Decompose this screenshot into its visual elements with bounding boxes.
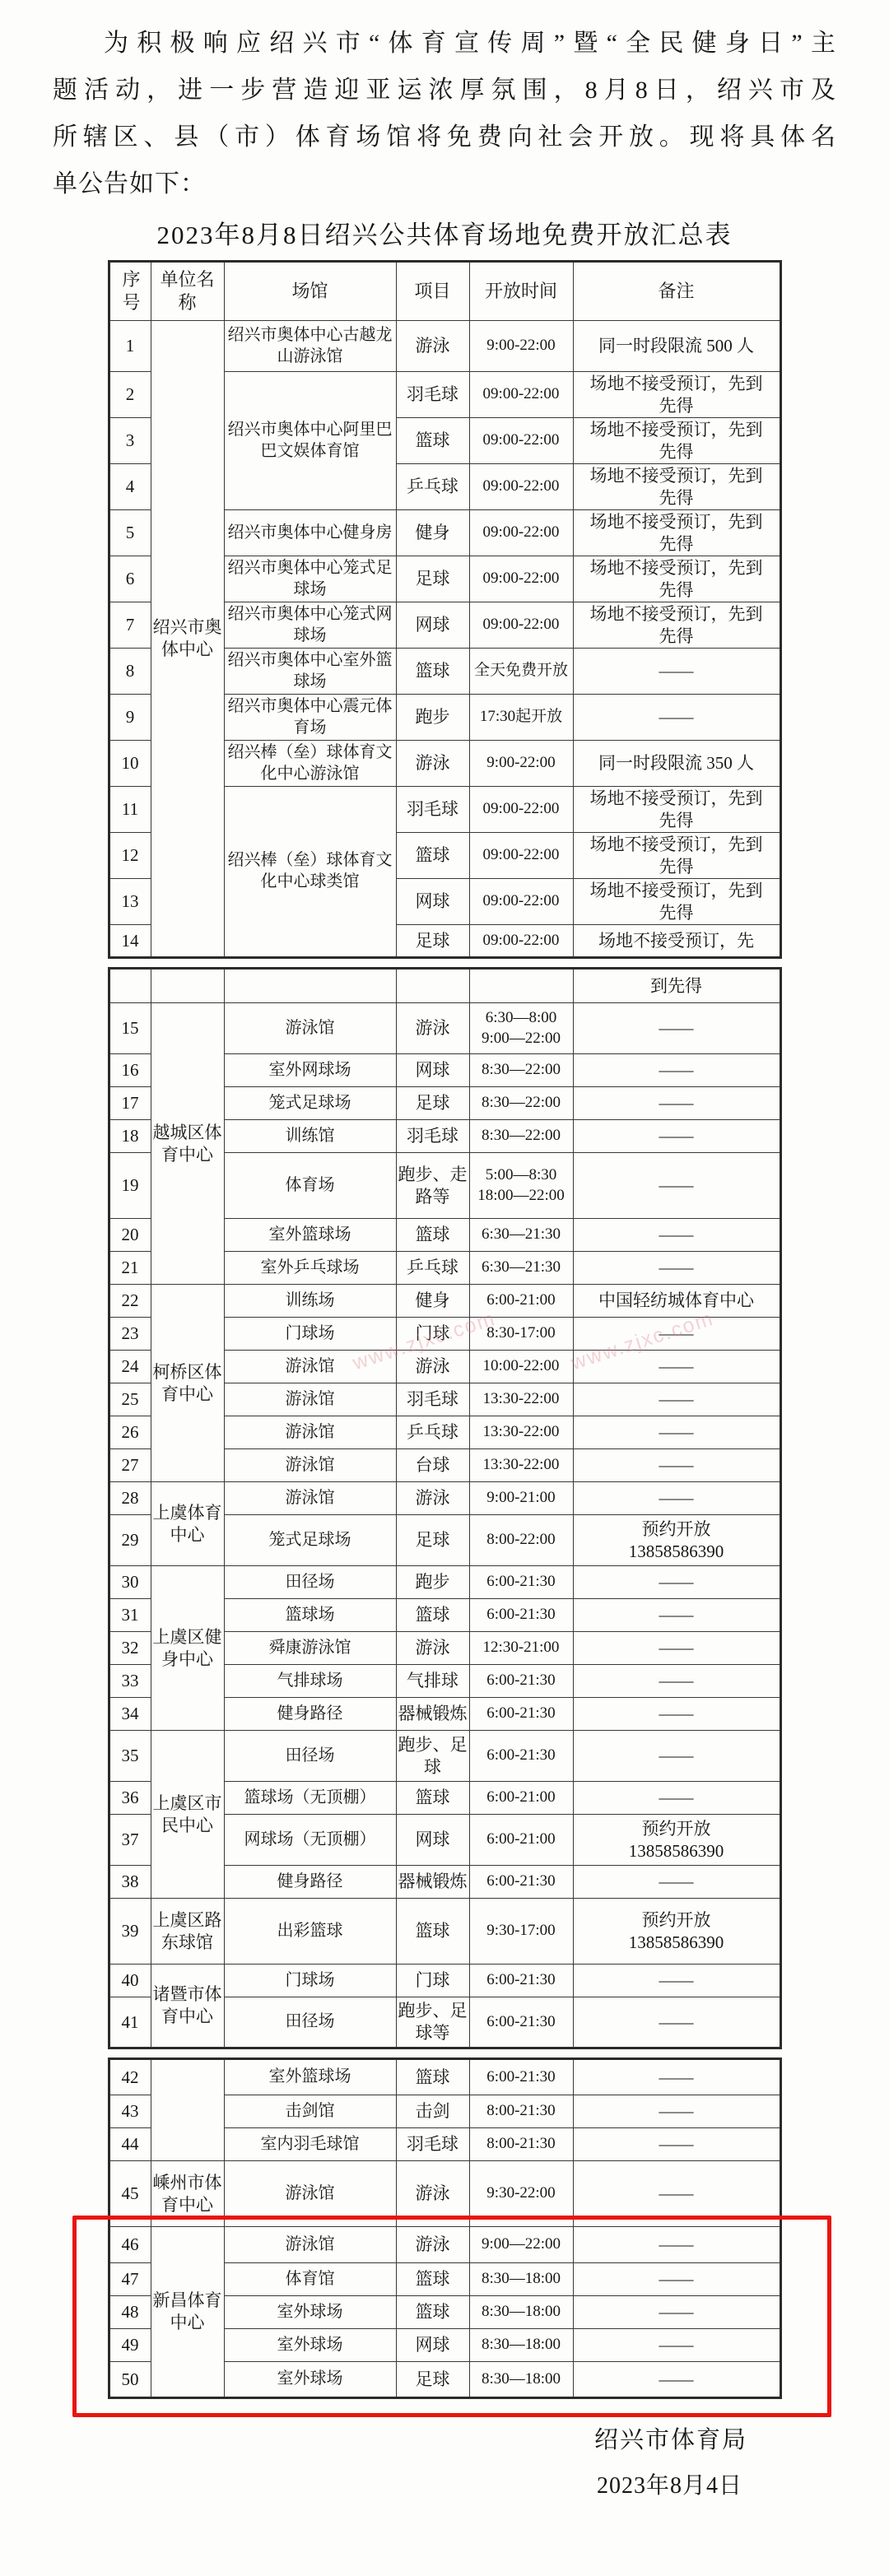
cell-seq: 35 xyxy=(109,1731,151,1782)
cell-remark: —— xyxy=(573,1087,780,1120)
cell-time: 9:00-22:00 xyxy=(469,741,573,787)
cell-seq: 27 xyxy=(109,1449,151,1482)
cell-seq: 32 xyxy=(109,1632,151,1665)
cell-venue: 室内羽毛球馆 xyxy=(224,2128,396,2161)
cell-seq: 16 xyxy=(109,1054,151,1087)
cell-time: 12:30-21:00 xyxy=(469,1632,573,1665)
cell-time: 09:00-22:00 xyxy=(469,556,573,602)
cell-seq: 26 xyxy=(109,1416,151,1449)
cell-venue: 游泳馆 xyxy=(224,1482,396,1515)
table-row: 39上虞区路东球馆出彩篮球篮球9:30-17:00预约开放 1385858639… xyxy=(109,1899,780,1965)
cell-sport: 篮球 xyxy=(396,1219,469,1252)
cell-time: 6:00-21:30 xyxy=(469,1566,573,1599)
cell-unit: 上虞体育中心 xyxy=(151,1482,224,1566)
cell-time: 09:00-22:00 xyxy=(469,787,573,833)
cell-unit: 上虞区市民中心 xyxy=(151,1731,224,1899)
cell-remark: —— xyxy=(573,1416,780,1449)
cell-seq: 6 xyxy=(109,556,151,602)
cell-seq xyxy=(109,969,151,1003)
cell-sport: 气排球 xyxy=(396,1665,469,1698)
cell-remark: 中国轻纺城体育中心 xyxy=(573,1285,780,1318)
cell-seq: 42 xyxy=(109,2059,151,2095)
cell-venue: 绍兴市奥体中心健身房 xyxy=(224,510,396,556)
cell-remark: —— xyxy=(573,1054,780,1087)
cell-remark: —— xyxy=(573,1965,780,1997)
cell-seq: 25 xyxy=(109,1383,151,1416)
cell-time: 6:30—21:30 xyxy=(469,1219,573,1252)
cell-time: 6:00-21:30 xyxy=(469,1965,573,1997)
cell-remark: 场地不接受预订，先到先得 xyxy=(573,372,780,418)
cell-sport: 篮球 xyxy=(396,2059,469,2095)
summary-table-part-2: 到先得15越城区体育中心游泳馆游泳6:30—8:00 9:00—22:00——1… xyxy=(108,967,782,2049)
cell-seq: 22 xyxy=(109,1285,151,1318)
cell-sport: 足球 xyxy=(396,1515,469,1566)
cell-sport: 篮球 xyxy=(396,1782,469,1815)
cell-sport: 器械锻炼 xyxy=(396,1698,469,1731)
cell-unit xyxy=(151,2059,224,2161)
cell-remark: —— xyxy=(573,2059,780,2095)
cell-seq: 31 xyxy=(109,1599,151,1632)
cell-seq: 14 xyxy=(109,925,151,958)
cell-time: 6:00-21:30 xyxy=(469,1866,573,1899)
cell-venue: 游泳馆 xyxy=(224,1003,396,1054)
cell-venue: 室外乒乓球场 xyxy=(224,1252,396,1285)
table-title: 2023年8月8日绍兴公共体育场地免费开放汇总表 xyxy=(0,217,889,253)
cell-sport: 健身 xyxy=(396,1285,469,1318)
cell-time: 5:00—8:30 18:00—22:00 xyxy=(469,1153,573,1219)
cell-venue: 游泳馆 xyxy=(224,1383,396,1416)
cell-seq: 38 xyxy=(109,1866,151,1899)
cell-remark: —— xyxy=(573,1632,780,1665)
cell-sport: 篮球 xyxy=(396,1899,469,1965)
table-row: 40诸暨市体育中心门球场门球6:00-21:30—— xyxy=(109,1965,780,1997)
cell-seq: 5 xyxy=(109,510,151,556)
cell-seq: 1 xyxy=(109,321,151,372)
cell-remark: —— xyxy=(573,1599,780,1632)
cell-sport: 足球 xyxy=(396,556,469,602)
cell-sport: 羽毛球 xyxy=(396,372,469,418)
column-header-venue: 场馆 xyxy=(224,262,396,321)
cell-remark: —— xyxy=(573,1665,780,1698)
cell-sport: 游泳 xyxy=(396,321,469,372)
cell-time: 8:00-22:00 xyxy=(469,1515,573,1566)
cell-sport: 跑步、走路等 xyxy=(396,1153,469,1219)
cell-time: 8:00-21:30 xyxy=(469,2128,573,2161)
cell-remark: 场地不接受预订，先到先得 xyxy=(573,556,780,602)
cell-remark: —— xyxy=(573,1449,780,1482)
cell-remark: —— xyxy=(573,1383,780,1416)
cell-time: 17:30起开放 xyxy=(469,695,573,741)
table-row: 28上虞体育中心游泳馆游泳9:00-21:00—— xyxy=(109,1482,780,1515)
cell-venue: 室外篮球场 xyxy=(224,1219,396,1252)
cell-seq: 44 xyxy=(109,2128,151,2161)
cell-venue: 室外网球场 xyxy=(224,1054,396,1087)
intro-line: 所辖区、县（市）体育场馆将免费向社会开放。现将具体名 xyxy=(53,114,836,160)
cell-time: 8:00-21:30 xyxy=(469,2095,573,2128)
cell-remark: —— xyxy=(573,2095,780,2128)
cell-time: 6:00-21:30 xyxy=(469,1997,573,2048)
cell-sport: 乒乓球 xyxy=(396,464,469,510)
cell-unit: 上虞区健身中心 xyxy=(151,1566,224,1731)
cell-sport: 游泳 xyxy=(396,741,469,787)
cell-venue: 绍兴市奥体中心笼式网球场 xyxy=(224,602,396,649)
cell-time: 9:00-21:00 xyxy=(469,1482,573,1515)
cell-sport: 游泳 xyxy=(396,1482,469,1515)
cell-time: 09:00-22:00 xyxy=(469,602,573,649)
column-header-seq: 序号 xyxy=(109,262,151,321)
cell-time: 09:00-22:00 xyxy=(469,925,573,958)
cell-time: 6:00-21:30 xyxy=(469,1665,573,1698)
cell-venue: 健身路径 xyxy=(224,1698,396,1731)
cell-seq: 13 xyxy=(109,879,151,925)
cell-time: 10:00-22:00 xyxy=(469,1351,573,1383)
cell-time: 6:00-21:30 xyxy=(469,1698,573,1731)
cell-sport: 篮球 xyxy=(396,649,469,695)
cell-sport: 网球 xyxy=(396,1054,469,1087)
cell-time: 09:00-22:00 xyxy=(469,464,573,510)
cell-sport: 网球 xyxy=(396,1815,469,1866)
document-page: 为积极响应绍兴市“体育宣传周”暨“全民健身日”主 题活动，进一步营造迎亚运浓厚氛… xyxy=(0,0,889,2576)
footer-organization: 绍兴市体育局 xyxy=(0,2417,889,2463)
cell-time: 8:30—22:00 xyxy=(469,1120,573,1153)
cell-seq: 24 xyxy=(109,1351,151,1383)
cell-time: 09:00-22:00 xyxy=(469,833,573,879)
document-footer: 绍兴市体育局 2023年8月4日 xyxy=(0,2417,889,2509)
cell-time: 6:00-21:30 xyxy=(469,2059,573,2095)
cell-sport: 跑步 xyxy=(396,1566,469,1599)
cell-sport: 羽毛球 xyxy=(396,2128,469,2161)
cell-remark: —— xyxy=(573,1997,780,2048)
cell-remark: —— xyxy=(573,1782,780,1815)
cell-remark: —— xyxy=(573,1566,780,1599)
cell-time: 09:00-22:00 xyxy=(469,418,573,464)
cell-time: 8:30—22:00 xyxy=(469,1087,573,1120)
cell-venue: 篮球场 xyxy=(224,1599,396,1632)
cell-sport: 足球 xyxy=(396,1087,469,1120)
intro-line: 题活动，进一步营造迎亚运浓厚氛围，8月8日，绍兴市及 xyxy=(53,67,836,114)
column-header-unit: 单位名称 xyxy=(151,262,224,321)
cell-remark: 预约开放 13858586390 xyxy=(573,1815,780,1866)
cell-seq: 9 xyxy=(109,695,151,741)
cell-seq: 17 xyxy=(109,1087,151,1120)
cell-seq: 43 xyxy=(109,2095,151,2128)
cell-remark: —— xyxy=(573,1482,780,1515)
cell-venue: 室外篮球场 xyxy=(224,2059,396,2095)
cell-time: 8:30—22:00 xyxy=(469,1054,573,1087)
cell-time: 09:00-22:00 xyxy=(469,510,573,556)
cell-sport: 羽毛球 xyxy=(396,787,469,833)
cell-remark: —— xyxy=(573,1252,780,1285)
cell-venue: 绍兴棒（垒）球体育文化中心球类馆 xyxy=(224,787,396,958)
cell-seq: 20 xyxy=(109,1219,151,1252)
cell-sport: 器械锻炼 xyxy=(396,1866,469,1899)
cell-remark: —— xyxy=(573,649,780,695)
cell-remark: —— xyxy=(573,1120,780,1153)
cell-venue: 田径场 xyxy=(224,1566,396,1599)
cell-sport: 跑步、足球等 xyxy=(396,1997,469,2048)
table-row: 35上虞区市民中心田径场跑步、足球6:00-21:30—— xyxy=(109,1731,780,1782)
cell-venue: 绍兴棒（垒）球体育文化中心游泳馆 xyxy=(224,741,396,787)
cell-time: 6:00-21:30 xyxy=(469,1731,573,1782)
table-row: 42室外篮球场篮球6:00-21:30—— xyxy=(109,2059,780,2095)
cell-venue: 绍兴市奥体中心阿里巴巴文娱体育馆 xyxy=(224,372,396,510)
cell-time: 6:00-21:00 xyxy=(469,1815,573,1866)
cell-seq: 18 xyxy=(109,1120,151,1153)
cell-time: 09:00-22:00 xyxy=(469,879,573,925)
cell-sport: 跑步、足球 xyxy=(396,1731,469,1782)
cell-seq: 30 xyxy=(109,1566,151,1599)
cell-remark: —— xyxy=(573,1153,780,1219)
cell-unit: 上虞区路东球馆 xyxy=(151,1899,224,1965)
cell-venue: 篮球场（无顶棚） xyxy=(224,1782,396,1815)
cell-remark: 预约开放 13858586390 xyxy=(573,1899,780,1965)
cell-sport: 击剑 xyxy=(396,2095,469,2128)
cell-seq: 3 xyxy=(109,418,151,464)
cell-sport: 乒乓球 xyxy=(396,1416,469,1449)
cell-venue: 笼式足球场 xyxy=(224,1087,396,1120)
cell-remark: 预约开放 13858586390 xyxy=(573,1515,780,1566)
cell-venue: 游泳馆 xyxy=(224,1449,396,1482)
cell-seq: 11 xyxy=(109,787,151,833)
column-header-sport: 项目 xyxy=(396,262,469,321)
cell-remark: —— xyxy=(573,695,780,741)
cell-venue: 舜康游泳馆 xyxy=(224,1632,396,1665)
intro-line: 单公告如下： xyxy=(53,160,836,207)
cell-sport xyxy=(396,969,469,1003)
cell-sport: 篮球 xyxy=(396,1599,469,1632)
cell-seq: 37 xyxy=(109,1815,151,1866)
cell-seq: 2 xyxy=(109,372,151,418)
cell-venue: 健身路径 xyxy=(224,1866,396,1899)
cell-remark: 同一时段限流 500 人 xyxy=(573,321,780,372)
cell-venue: 游泳馆 xyxy=(224,1416,396,1449)
cell-seq: 7 xyxy=(109,602,151,649)
cell-sport: 网球 xyxy=(396,879,469,925)
cell-remark: —— xyxy=(573,2128,780,2161)
cell-time: 全天免费开放 xyxy=(469,649,573,695)
cell-sport: 羽毛球 xyxy=(396,1383,469,1416)
cell-time xyxy=(469,969,573,1003)
cell-seq: 34 xyxy=(109,1698,151,1731)
cell-remark: 场地不接受预订，先 xyxy=(573,925,780,958)
cell-unit: 柯桥区体育中心 xyxy=(151,1285,224,1482)
cell-seq: 23 xyxy=(109,1318,151,1351)
cell-seq: 36 xyxy=(109,1782,151,1815)
cell-venue: 门球场 xyxy=(224,1965,396,1997)
cell-unit: 越城区体育中心 xyxy=(151,1003,224,1285)
cell-remark: 同一时段限流 350 人 xyxy=(573,741,780,787)
cell-seq: 19 xyxy=(109,1153,151,1219)
cell-remark: —— xyxy=(573,1219,780,1252)
table-row: 15越城区体育中心游泳馆游泳6:30—8:00 9:00—22:00—— xyxy=(109,1003,780,1054)
cell-time: 09:00-22:00 xyxy=(469,372,573,418)
cell-sport: 篮球 xyxy=(396,418,469,464)
cell-seq: 28 xyxy=(109,1482,151,1515)
cell-sport: 门球 xyxy=(396,1965,469,1997)
cell-remark: —— xyxy=(573,1003,780,1054)
cell-remark: 场地不接受预订，先到先得 xyxy=(573,510,780,556)
table-row: 30上虞区健身中心田径场跑步6:00-21:30—— xyxy=(109,1566,780,1599)
cell-seq: 4 xyxy=(109,464,151,510)
highlight-box xyxy=(72,2216,831,2418)
cell-venue: 训练场 xyxy=(224,1285,396,1318)
cell-venue xyxy=(224,969,396,1003)
cell-sport: 跑步 xyxy=(396,695,469,741)
cell-time: 13:30-22:00 xyxy=(469,1416,573,1449)
cell-remark: 场地不接受预订，先到先得 xyxy=(573,879,780,925)
cell-venue: 绍兴市奥体中心笼式足球场 xyxy=(224,556,396,602)
cell-sport: 台球 xyxy=(396,1449,469,1482)
intro-paragraph: 为积极响应绍兴市“体育宣传周”暨“全民健身日”主 题活动，进一步营造迎亚运浓厚氛… xyxy=(53,20,836,207)
cell-sport: 足球 xyxy=(396,925,469,958)
cell-unit xyxy=(151,969,224,1003)
cell-time: 6:00-21:00 xyxy=(469,1782,573,1815)
cell-sport: 游泳 xyxy=(396,1003,469,1054)
cell-seq: 39 xyxy=(109,1899,151,1965)
cell-time: 9:00-22:00 xyxy=(469,321,573,372)
cell-time: 9:30-17:00 xyxy=(469,1899,573,1965)
cell-seq: 12 xyxy=(109,833,151,879)
cell-unit: 诸暨市体育中心 xyxy=(151,1965,224,2048)
cell-seq: 33 xyxy=(109,1665,151,1698)
column-header-time: 开放时间 xyxy=(469,262,573,321)
cell-remark: 场地不接受预订，先到先得 xyxy=(573,464,780,510)
cell-seq: 10 xyxy=(109,741,151,787)
cell-venue: 绍兴市奥体中心室外篮球场 xyxy=(224,649,396,695)
cell-venue: 绍兴市奥体中心震元体育场 xyxy=(224,695,396,741)
cell-sport: 乒乓球 xyxy=(396,1252,469,1285)
cell-remark: 场地不接受预订，先到先得 xyxy=(573,602,780,649)
cell-remark: 场地不接受预订，先到先得 xyxy=(573,787,780,833)
cell-venue: 出彩篮球 xyxy=(224,1899,396,1965)
cell-time: 6:00-21:30 xyxy=(469,1599,573,1632)
cell-time: 13:30-22:00 xyxy=(469,1449,573,1482)
cell-venue: 笼式足球场 xyxy=(224,1515,396,1566)
cell-remark: 场地不接受预订，先到先得 xyxy=(573,833,780,879)
cell-venue: 训练馆 xyxy=(224,1120,396,1153)
cell-seq: 8 xyxy=(109,649,151,695)
cell-sport: 网球 xyxy=(396,602,469,649)
cell-seq: 21 xyxy=(109,1252,151,1285)
cell-venue: 气排球场 xyxy=(224,1665,396,1698)
cell-sport: 游泳 xyxy=(396,1632,469,1665)
cell-sport: 篮球 xyxy=(396,833,469,879)
cell-seq: 40 xyxy=(109,1965,151,1997)
summary-table-part-1: 序号单位名称场馆项目开放时间备注1绍兴市奥体中心绍兴市奥体中心古越龙山游泳馆游泳… xyxy=(108,260,782,959)
cell-venue: 田径场 xyxy=(224,1731,396,1782)
cell-sport: 健身 xyxy=(396,510,469,556)
cell-time: 6:30—21:30 xyxy=(469,1252,573,1285)
cell-remark: 到先得 xyxy=(573,969,780,1003)
table-row: 22柯桥区体育中心训练场健身6:00-21:00中国轻纺城体育中心 xyxy=(109,1285,780,1318)
cell-venue: 体育场 xyxy=(224,1153,396,1219)
cell-venue: 绍兴市奥体中心古越龙山游泳馆 xyxy=(224,321,396,372)
intro-line: 为积极响应绍兴市“体育宣传周”暨“全民健身日”主 xyxy=(53,20,836,67)
cell-remark: 场地不接受预订，先到先得 xyxy=(573,418,780,464)
cell-unit: 绍兴市奥体中心 xyxy=(151,321,224,958)
footer-date: 2023年8月4日 xyxy=(0,2463,889,2509)
cell-time: 6:30—8:00 9:00—22:00 xyxy=(469,1003,573,1054)
cell-venue: 击剑馆 xyxy=(224,2095,396,2128)
column-header-remark: 备注 xyxy=(573,262,780,321)
cell-seq: 41 xyxy=(109,1997,151,2048)
cell-venue: 田径场 xyxy=(224,1997,396,2048)
table-row: 1绍兴市奥体中心绍兴市奥体中心古越龙山游泳馆游泳9:00-22:00同一时段限流… xyxy=(109,321,780,372)
cell-time: 13:30-22:00 xyxy=(469,1383,573,1416)
cell-sport: 羽毛球 xyxy=(396,1120,469,1153)
table-header-row: 序号单位名称场馆项目开放时间备注 xyxy=(109,262,780,321)
cell-remark: —— xyxy=(573,1866,780,1899)
table-row: 到先得 xyxy=(109,969,780,1003)
cell-venue: 网球场（无顶棚） xyxy=(224,1815,396,1866)
cell-remark: —— xyxy=(573,1698,780,1731)
cell-seq: 15 xyxy=(109,1003,151,1054)
cell-remark: —— xyxy=(573,1731,780,1782)
cell-seq: 29 xyxy=(109,1515,151,1566)
